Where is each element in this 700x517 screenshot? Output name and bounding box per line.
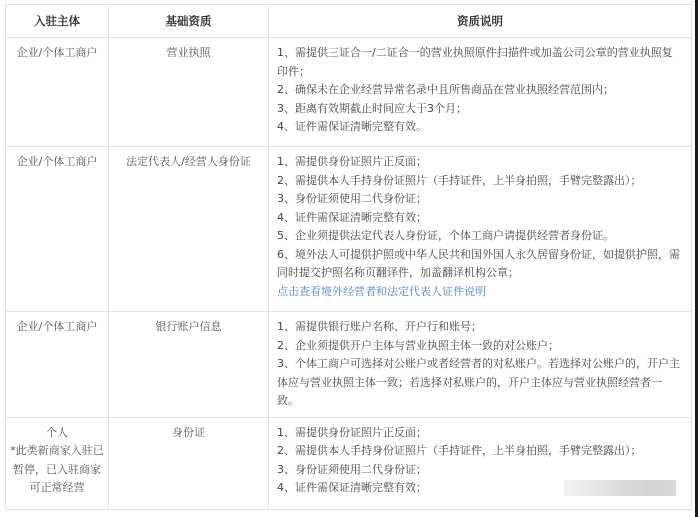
qualification-table-container: 入驻主体 基础资质 资质说明 企业/个体工商户 营业执照 1、需提供三证合一/二… bbox=[5, 4, 691, 510]
detail-line: 3、个体工商户可选择对公账户或者经营者的对私账户。若选择对公账户的，开户主体应与… bbox=[277, 355, 683, 411]
table-row: 企业/个体工商户 法定代表人/经营人身份证 1、需提供身份证照片正反面； 2、需… bbox=[6, 147, 692, 312]
detail-line: 3、距离有效期截止时间应大于3个月； bbox=[277, 100, 683, 119]
detail-line: 1、需提供身份证照片正反面； bbox=[277, 424, 683, 443]
overseas-id-info-link[interactable]: 点击查看境外经营者和法定代表人证件说明 bbox=[277, 283, 683, 302]
cell-details: 1、需提供身份证照片正反面； 2、需提供本人手持身份证照片（手持证件，上半身拍照… bbox=[269, 147, 692, 312]
cell-subject: 企业/个体工商户 bbox=[6, 38, 109, 147]
cell-qualification: 营业执照 bbox=[109, 38, 269, 147]
detail-line: 2、确保未在企业经营异常名录中且所售商品在营业执照经营范围内； bbox=[277, 81, 683, 100]
header-details: 资质说明 bbox=[269, 5, 692, 38]
qualification-table: 入驻主体 基础资质 资质说明 企业/个体工商户 营业执照 1、需提供三证合一/二… bbox=[5, 4, 692, 510]
cell-subject: 个人 *此类新商家入驻已暂停，已入驻商家可正常经营 bbox=[6, 417, 109, 509]
watermark-blur bbox=[564, 480, 676, 496]
detail-line: 2、需提供本人手持身份证照片（手持证件，上半身拍照，手臂完整露出）； bbox=[277, 442, 683, 461]
subject-label: 个人 bbox=[10, 424, 104, 443]
right-edge-bar bbox=[695, 0, 698, 517]
header-qualification: 基础资质 bbox=[109, 5, 269, 38]
detail-line: 3、身份证须使用二代身份证； bbox=[277, 461, 683, 480]
detail-line: 2、需提供本人手持身份证照片（手持证件，上半身拍照，手臂完整露出）； bbox=[277, 172, 683, 191]
cell-qualification: 银行账户信息 bbox=[109, 312, 269, 418]
cell-details: 1、需提供银行账户名称、开户行和账号； 2、企业须提供开户主体与营业执照主体一致… bbox=[269, 312, 692, 418]
table-header-row: 入驻主体 基础资质 资质说明 bbox=[6, 5, 692, 38]
table-row: 企业/个体工商户 营业执照 1、需提供三证合一/二证合一的营业执照原件扫描件或加… bbox=[6, 38, 692, 147]
cell-qualification: 身份证 bbox=[109, 417, 269, 509]
cell-subject: 企业/个体工商户 bbox=[6, 312, 109, 418]
detail-line: 2、企业须提供开户主体与营业执照主体一致的对公账户； bbox=[277, 337, 683, 356]
cell-subject: 企业/个体工商户 bbox=[6, 147, 109, 312]
header-subject: 入驻主体 bbox=[6, 5, 109, 38]
cell-qualification: 法定代表人/经营人身份证 bbox=[109, 147, 269, 312]
detail-line: 4、证件需保证清晰完整有效； bbox=[277, 209, 683, 228]
detail-line: 6、境外法人可提供护照或中华人民共和国外国人永久居留身份证，如提供护照，需同时提… bbox=[277, 246, 683, 283]
detail-line: 5、企业须提供法定代表人身份证，个体工商户请提供经营者身份证。 bbox=[277, 227, 683, 246]
detail-line: 3、身份证须使用二代身份证； bbox=[277, 190, 683, 209]
detail-line: 1、需提供身份证照片正反面； bbox=[277, 153, 683, 172]
detail-line: 1、需提供三证合一/二证合一的营业执照原件扫描件或加盖公司公章的营业执照复印件； bbox=[277, 44, 683, 81]
cell-details: 1、需提供三证合一/二证合一的营业执照原件扫描件或加盖公司公章的营业执照复印件；… bbox=[269, 38, 692, 147]
subject-note: *此类新商家入驻已暂停，已入驻商家可正常经营 bbox=[10, 442, 104, 498]
detail-line: 1、需提供银行账户名称、开户行和账号； bbox=[277, 318, 683, 337]
table-row: 企业/个体工商户 银行账户信息 1、需提供银行账户名称、开户行和账号； 2、企业… bbox=[6, 312, 692, 418]
detail-line: 4、证件需保证清晰完整有效。 bbox=[277, 118, 683, 137]
